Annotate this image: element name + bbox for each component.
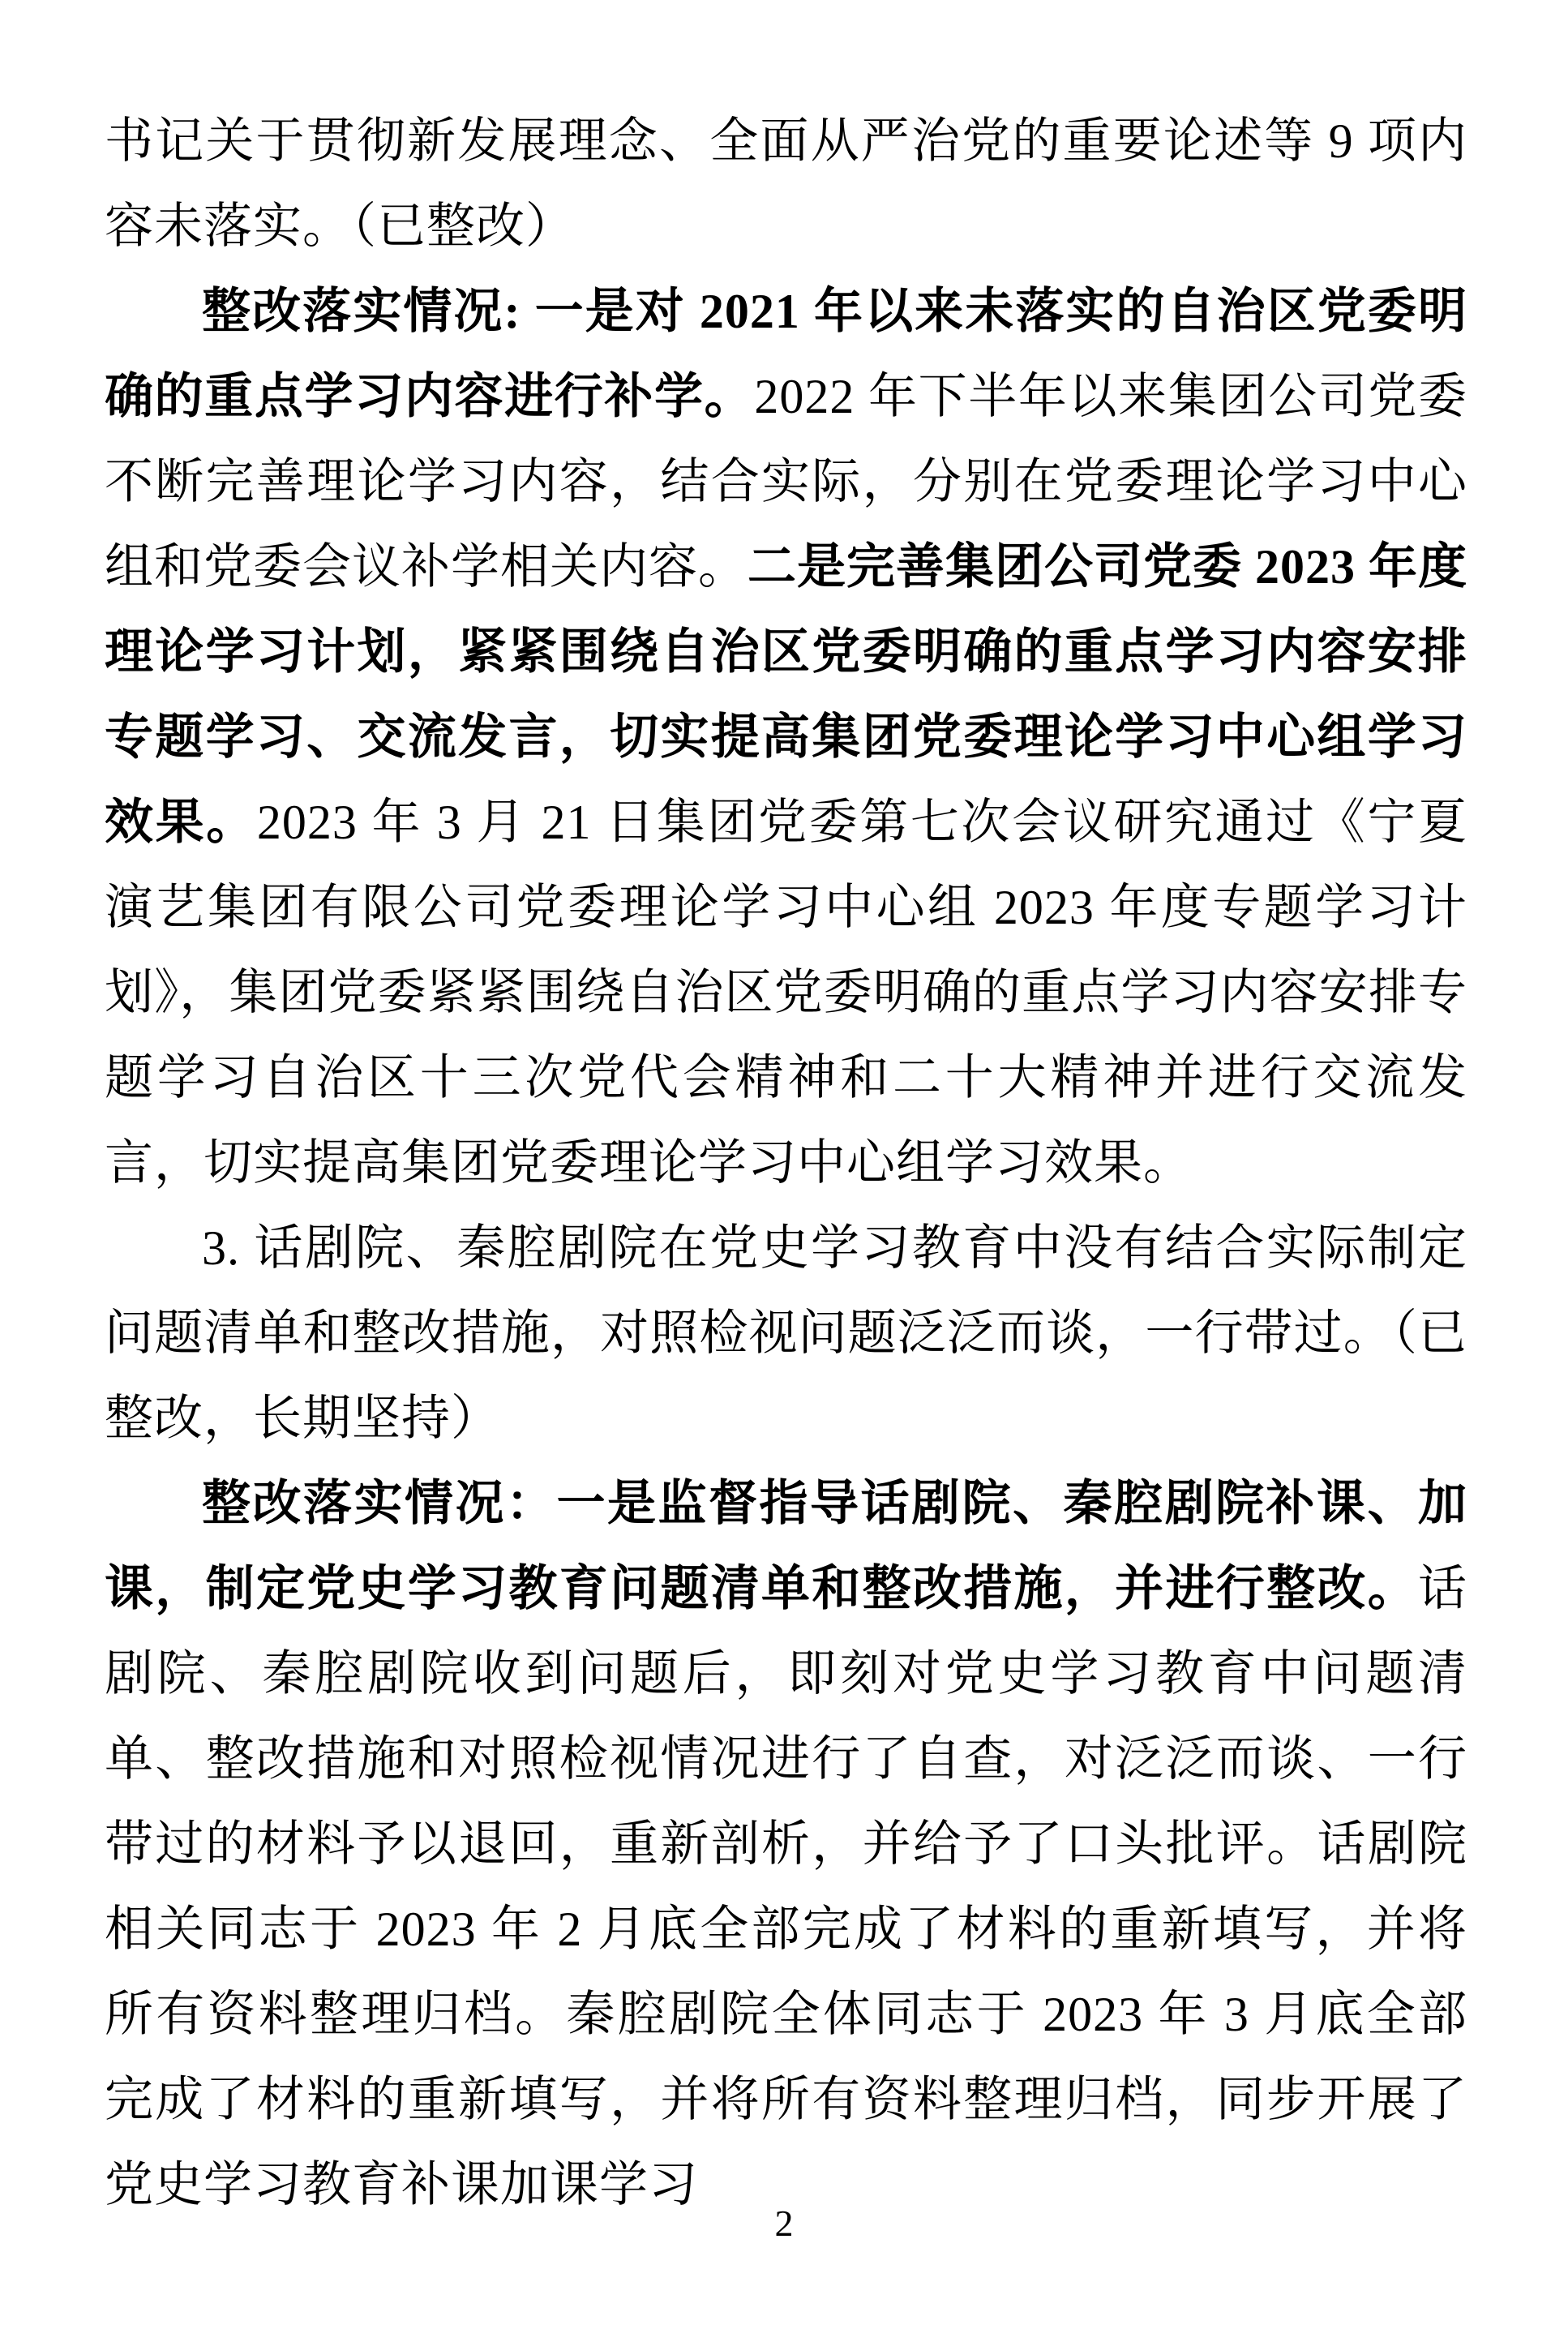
text-run-bold: 整改落实情况：一是监督指导话剧院、秦腔剧院补课、加课，制定党史学习教育问题清单和… xyxy=(105,1477,1467,1615)
paragraph-issue-3: 3. 话剧院、秦腔剧院在党史学习教育中没有结合实际制定问题清单和整改措施，对照检… xyxy=(105,1206,1467,1461)
text-run: 2023 年 3 月 21 日集团党委第七次会议研究通过《宁夏演艺集团有限公司党… xyxy=(105,796,1467,1190)
paragraph-rectification-2: 整改落实情况：一是监督指导话剧院、秦腔剧院补课、加课，制定党史学习教育问题清单和… xyxy=(105,1461,1467,2228)
document-body: 书记关于贯彻新发展理念、全面从严治党的重要论述等 9 项内容未落实。（已整改） … xyxy=(105,99,1467,2228)
text-run: 3. 话剧院、秦腔剧院在党史学习教育中没有结合实际制定问题清单和整改措施，对照检… xyxy=(105,1221,1467,1445)
paragraph-continuation: 书记关于贯彻新发展理念、全面从严治党的重要论述等 9 项内容未落实。（已整改） xyxy=(105,99,1467,269)
document-page: 书记关于贯彻新发展理念、全面从严治党的重要论述等 9 项内容未落实。（已整改） … xyxy=(0,0,1568,2342)
paragraph-rectification-1: 整改落实情况: 一是对 2021 年以来未落实的自治区党委明确的重点学习内容进行… xyxy=(105,269,1467,1206)
text-run: 书记关于贯彻新发展理念、全面从严治党的重要论述等 9 项内容未落实。（已整改） xyxy=(105,114,1467,253)
page-number: 2 xyxy=(0,2199,1568,2248)
text-run: 话剧院、秦腔剧院收到问题后，即刻对党史学习教育中问题清单、整改措施和对照检视情况… xyxy=(105,1562,1467,2211)
